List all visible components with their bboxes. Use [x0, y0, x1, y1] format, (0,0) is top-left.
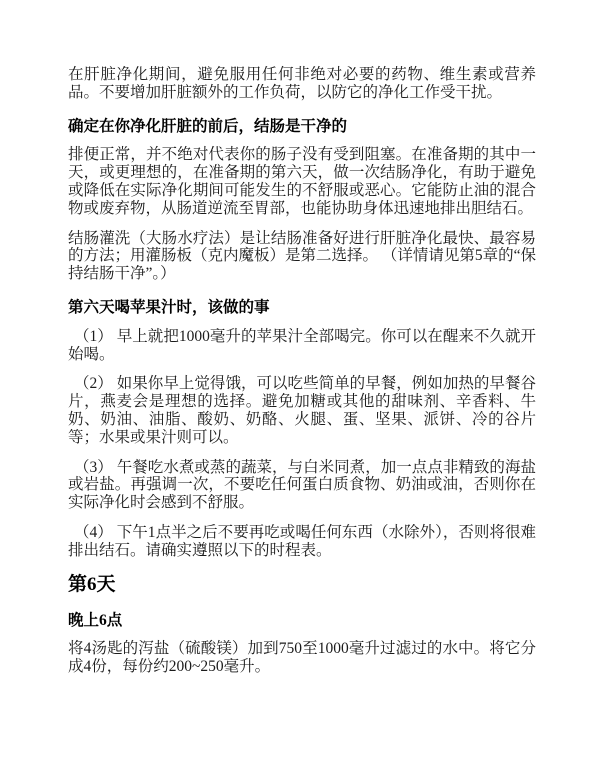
document-page: 在肝脏净化期间，避免服用任何非绝对必要的药物、维生素或营养品。不要增加肝脏额外的… — [0, 0, 600, 778]
epsom-salt-paragraph: 将4汤匙的泻盐（硫酸镁）加到750至1000毫升过滤过的水中。将它分成4份，每份… — [68, 640, 536, 676]
list-item-3: （3） 午餐吃水煮或蒸的蔬菜，与白米同煮，加一点点非精致的海盐或岩盐。再强调一次… — [68, 459, 536, 512]
heading-evening-6pm: 晚上6点 — [68, 612, 536, 630]
list-item-1: （1） 早上就把1000毫升的苹果汁全部喝完。你可以在醒来不久就开始喝。 — [68, 328, 536, 364]
heading-colon-clean: 确定在你净化肝脏的前后，结肠是干净的 — [68, 118, 536, 136]
list-item-4: （4） 下午1点半之后不要再吃或喝任何东西（水除外），否则将很难排出结石。请确实… — [68, 524, 536, 560]
list-item-2: （2） 如果你早上觉得饿，可以吃些简单的早餐，例如加热的早餐谷片，燕麦会是理想的… — [68, 375, 536, 446]
intro-paragraph: 在肝脏净化期间，避免服用任何非绝对必要的药物、维生素或营养品。不要增加肝脏额外的… — [68, 66, 536, 102]
heading-apple-juice-day: 第六天喝苹果汁时，该做的事 — [68, 299, 536, 317]
colon-paragraph-1: 排便正常，并不绝对代表你的肠子没有受到阻塞。在准备期的其中一天，或更理想的，在准… — [68, 146, 536, 217]
heading-day-6: 第6天 — [68, 574, 536, 596]
colon-paragraph-2: 结肠灌洗（大肠水疗法）是让结肠准备好进行肝脏净化最快、最容易的方法；用灌肠板（克… — [68, 230, 536, 283]
